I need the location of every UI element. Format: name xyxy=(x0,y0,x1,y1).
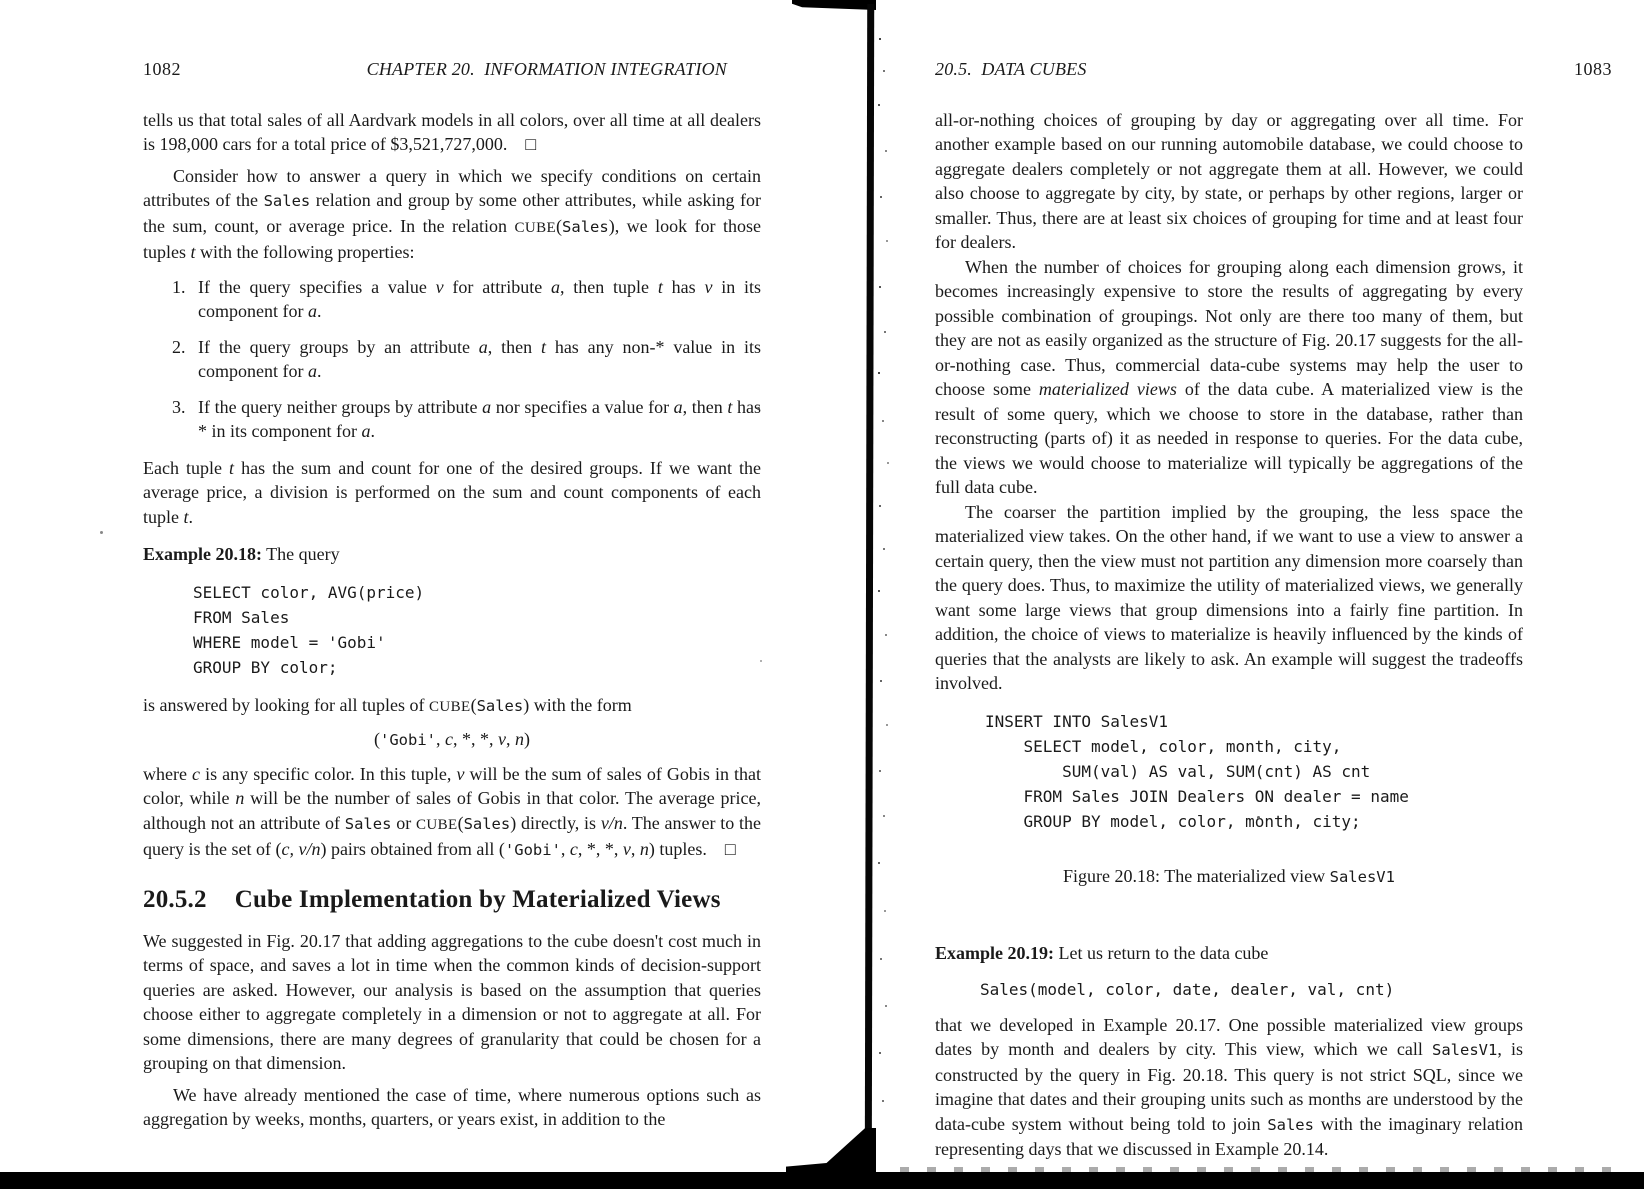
intro-paragraph: tells us that total sales of all Aardvar… xyxy=(143,108,761,157)
consider-paragraph: Consider how to answer a query in which … xyxy=(143,164,761,265)
sql-code-block: INSERT INTO SalesV1 SELECT model, color,… xyxy=(985,709,1523,834)
section-heading: 20.5.2Cube Implementation by Materialize… xyxy=(143,885,761,915)
example-20-18-line: Example 20.18: The query xyxy=(143,542,761,567)
page-left: 1082 CHAPTER 20. INFORMATION INTEGRATION… xyxy=(143,0,761,1132)
example-20-19-line: Example 20.19: Let us return to the data… xyxy=(935,941,1523,966)
page-number: 1083 xyxy=(1574,57,1612,82)
scan-bottom-edge xyxy=(0,1172,1644,1189)
all-or-nothing-paragraph: all-or-nothing choices of grouping by da… xyxy=(935,108,1523,255)
developed-paragraph: that we developed in Example 20.17. One … xyxy=(935,1013,1523,1162)
list-item-number: 1. xyxy=(172,275,186,300)
tuple-form-formula: ('Gobi', c, *, *, v, n) xyxy=(143,727,761,753)
coarser-paragraph: The coarser the partition implied by the… xyxy=(935,500,1523,696)
page-header: 1082 CHAPTER 20. INFORMATION INTEGRATION xyxy=(143,57,761,82)
relation-schema-code: Sales(model, color, date, dealer, val, c… xyxy=(980,977,1523,1002)
list-item-text: If the query specifies a value v for att… xyxy=(198,277,761,322)
page-number: 1082 xyxy=(143,57,181,82)
list-item: 3. If the query neither groups by attrib… xyxy=(143,395,761,444)
page-right: 20.5. DATA CUBES 1083 all-or-nothing cho… xyxy=(935,0,1523,1169)
answered-paragraph: is answered by looking for all tuples of… xyxy=(143,693,761,720)
section-number: 20.5.2 xyxy=(143,886,207,913)
page-header: 20.5. DATA CUBES 1083 xyxy=(935,57,1612,82)
list-item-number: 3. xyxy=(172,395,186,420)
figure-caption: Figure 20.18: The materialized view Sale… xyxy=(935,864,1523,890)
each-tuple-paragraph: Each tuple t has the sum and count for o… xyxy=(143,456,761,530)
list-item-text: If the query neither groups by attribute… xyxy=(198,397,761,442)
suggested-paragraph: We suggested in Fig. 20.17 that adding a… xyxy=(143,929,761,1076)
scan-noise-speckles xyxy=(877,0,879,2)
section-title: Cube Implementation by Materialized View… xyxy=(235,886,721,913)
book-spine-line xyxy=(865,4,874,1172)
scan-speck xyxy=(1257,816,1260,819)
ordered-list: 1. If the query specifies a value v for … xyxy=(143,275,761,444)
scan-speck xyxy=(760,660,762,662)
choices-paragraph: When the number of choices for grouping … xyxy=(935,255,1523,500)
list-item: 2. If the query groups by an attribute a… xyxy=(143,335,761,384)
book-spine-top-mark xyxy=(792,0,876,10)
list-item-number: 2. xyxy=(172,335,186,360)
where-paragraph: where c is any specific color. In this t… xyxy=(143,762,761,863)
list-item: 1. If the query specifies a value v for … xyxy=(143,275,761,324)
time-paragraph: We have already mentioned the case of ti… xyxy=(143,1083,761,1132)
running-head: CHAPTER 20. INFORMATION INTEGRATION xyxy=(367,57,761,82)
running-head: 20.5. DATA CUBES xyxy=(935,57,1087,82)
scan-speck xyxy=(100,531,103,534)
list-item-text: If the query groups by an attribute a, t… xyxy=(198,337,761,382)
scan-speck xyxy=(757,407,760,410)
sql-code-block: SELECT color, AVG(price) FROM Sales WHER… xyxy=(193,580,761,680)
book-spine-foot-mark xyxy=(786,1128,876,1174)
